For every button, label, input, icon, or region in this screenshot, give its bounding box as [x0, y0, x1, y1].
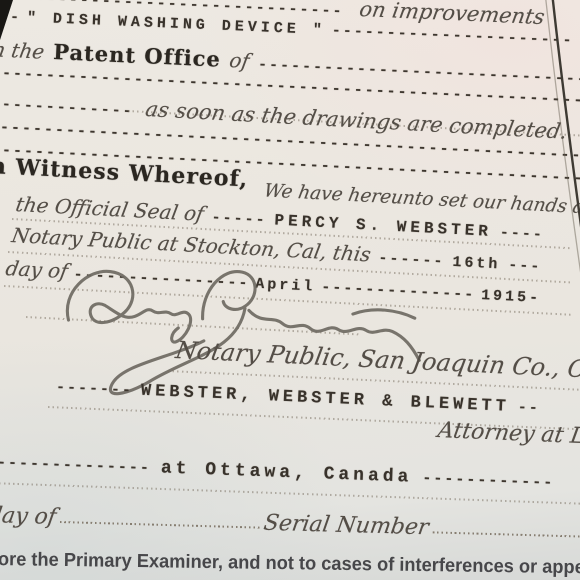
dash-fill: ---: [508, 257, 542, 276]
script-notary-san-joaquin: Notary Public, San Joaquin Co., Cal: [174, 336, 580, 384]
script-of: of: [228, 48, 251, 73]
dotted-leader: [432, 531, 580, 537]
script-day-of: day of: [0, 503, 58, 530]
line-notary-san-joaquin: Notary Public, San Joaquin Co., Cal: [175, 336, 580, 384]
dash-fill: ----------------: [73, 266, 250, 292]
typed-day-16th: 16th: [452, 254, 501, 274]
script-day-of: day of: [4, 256, 70, 283]
dotted-leader: [60, 521, 260, 529]
line-attorney-at-law: Attorney at L: [437, 418, 580, 449]
script-in-the: in the: [0, 37, 46, 63]
line-day-of-serial-number: day of Serial Number: [0, 503, 580, 546]
dash-fill: --: [517, 399, 540, 417]
typed-at-ottawa-canada: at Ottawa, Canada: [161, 458, 413, 487]
dash-fill: --------------: [0, 95, 134, 120]
script-serial-number: Serial Number: [262, 511, 430, 541]
printed-examiner-text: fore the Primary Examiner, and not to ca…: [0, 549, 580, 579]
patent-document-photo: ---------------------------------- on im…: [0, 0, 580, 580]
typed-year-1915: 1915-: [481, 287, 542, 307]
dash-fill: ----: [499, 224, 544, 243]
blackletter-patent-office: Patent Office: [53, 39, 222, 72]
typed-month-april: April: [255, 276, 316, 296]
dash-fill: -------: [56, 379, 134, 399]
line-primary-examiner-note: fore the Primary Examiner, and not to ca…: [0, 549, 580, 579]
dash-fill: ------: [378, 250, 445, 271]
dash-fill: ------------: [422, 470, 555, 492]
dash-fill: -----: [211, 209, 267, 229]
script-attorney-at-law: Attorney at L: [436, 418, 580, 449]
dotted-guide-line: [26, 316, 361, 336]
dash-fill: --------------: [321, 279, 476, 304]
dash-fill: ---------------: [0, 454, 151, 477]
